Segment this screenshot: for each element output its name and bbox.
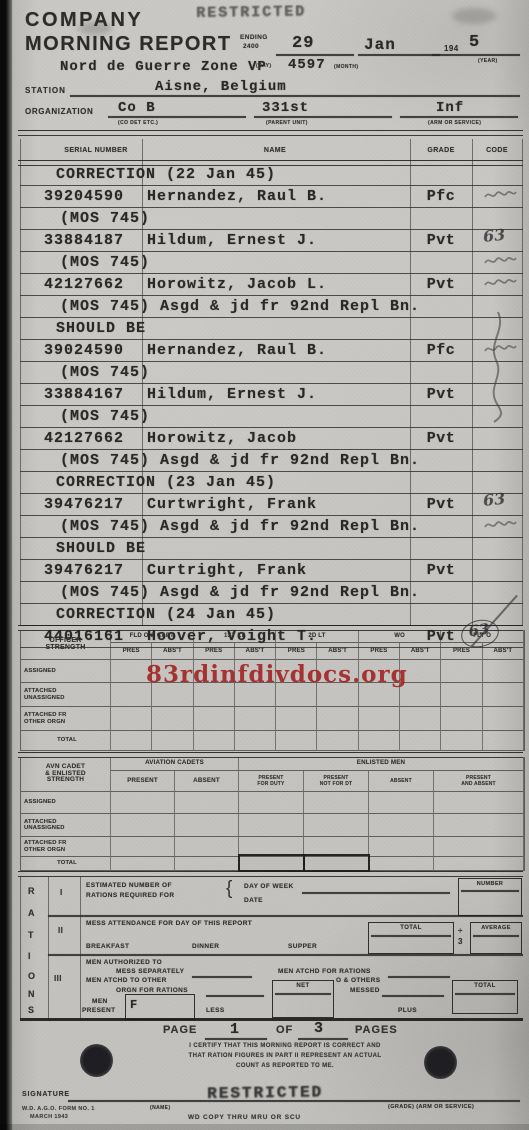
- roster-line-text: (MOS 745) Asgd & jd fr 92nd Repl Bn.: [60, 452, 420, 469]
- officer-data-cell: [317, 731, 358, 751]
- day-of-week-label: DAY OF WEEK: [244, 883, 294, 890]
- roster-row: CORRECTION (22 Jan 45): [20, 164, 523, 186]
- rations-vertical-letter: S: [28, 1005, 34, 1015]
- officer-data-cell: [441, 660, 482, 683]
- roster-name: Horowitz, Jacob: [147, 430, 297, 447]
- men-label: MEN: [92, 998, 108, 1005]
- roster-name: Curtwright, Frank: [147, 496, 317, 513]
- officer-data-cell: [359, 731, 400, 751]
- handwritten-scribble: [483, 188, 517, 202]
- page-number: 1: [230, 1021, 240, 1038]
- roster-row: CORRECTION (24 Jan 45): [20, 604, 523, 626]
- station-line: [70, 95, 520, 97]
- officer-subcol-header: ABS'T: [317, 643, 358, 660]
- roster-row: 33884167Hildum, Ernest J.Pvt: [20, 384, 523, 406]
- rations-divider-2: [48, 954, 523, 956]
- rations-bottom-rule: [20, 1018, 523, 1021]
- rations-vertical-letter: A: [28, 908, 35, 918]
- messed-line: [382, 995, 444, 997]
- roster-row: CORRECTION (23 Jan 45): [20, 472, 523, 494]
- org-parent-sublabel: (PARENT UNIT): [266, 120, 308, 126]
- officer-data-cell: [111, 707, 152, 731]
- roster-row: 39204590Hernandez, Raul B.Pfc: [20, 186, 523, 208]
- officer-group-header: WO: [359, 630, 442, 643]
- handwritten-scribble: [483, 518, 517, 532]
- officer-subcol-header: PRES: [111, 643, 152, 660]
- roster-line-text: CORRECTION (24 Jan 45): [56, 606, 276, 623]
- enlisted-data-cell: [111, 857, 175, 871]
- station-label: STATION: [25, 86, 66, 95]
- officer-subcol-header: PRES: [359, 643, 400, 660]
- enlisted-subcol-header: PRESENT FOR DUTY: [239, 771, 304, 792]
- corner-smudge: [452, 8, 496, 24]
- mess-attendance-label: MESS ATTENDANCE FOR DAY OF THIS REPORT: [86, 920, 252, 927]
- map-coords-number: 4597: [288, 57, 326, 73]
- o-and-others-label: O & OTHERS: [336, 977, 380, 984]
- enlisted-data-cell: [239, 814, 304, 837]
- less-label: LESS: [206, 1007, 225, 1014]
- officer-row-label: TOTAL: [21, 731, 111, 751]
- roster-grade: Pfc: [410, 342, 472, 359]
- of-label: OF: [276, 1024, 293, 1036]
- officer-data-cell: [483, 707, 524, 731]
- ending-2400-label: 2400: [243, 43, 259, 50]
- part-three-numeral: III: [54, 974, 62, 983]
- mess-total-box: TOTAL: [368, 922, 454, 954]
- aviation-subcol-header: PRESENT: [111, 771, 175, 792]
- roster-line-text: (MOS 745): [60, 408, 150, 425]
- restricted-stamp-top: RESTRICTED: [196, 3, 306, 22]
- officer-subcol-header: PRES: [276, 643, 317, 660]
- ending-label: ENDING: [240, 34, 268, 41]
- men-present-value: F: [130, 998, 138, 1012]
- officer-group-header: 1ST LT: [194, 630, 277, 643]
- year-sublabel: (YEAR): [478, 58, 498, 64]
- officer-data-cell: [317, 707, 358, 731]
- roster-line-text: (MOS 745): [60, 254, 150, 271]
- roster-row: (MOS 745): [20, 208, 523, 230]
- officer-data-cell: [483, 683, 524, 707]
- page-label: PAGE: [163, 1024, 197, 1036]
- officer-subcol-header: PRES: [194, 643, 235, 660]
- year-preprint: 194: [444, 44, 459, 53]
- punch-hole-right: [424, 1046, 457, 1079]
- enlisted-row-label: ATTACHED FR OTHER ORGN: [21, 837, 111, 857]
- roster-name: Hildum, Ernest J.: [147, 386, 317, 403]
- breakfast-label: BREAKFAST: [86, 943, 129, 950]
- officer-data-cell: [152, 731, 193, 751]
- roster-name: Curtright, Frank: [147, 562, 307, 579]
- date-month-value: Jan: [364, 36, 396, 54]
- handwritten-code-63: 63: [482, 489, 506, 510]
- roster-serial-number: 42127662: [44, 276, 124, 293]
- org-parent-line: [254, 116, 392, 118]
- mess-separately-label: MESS SEPARATELY: [116, 968, 184, 975]
- enlisted-data-cell: [238, 854, 305, 872]
- number-box: NUMBER: [458, 878, 522, 916]
- enlisted-data-cell: [369, 814, 434, 837]
- rations-section: RATIONS I II III ESTIMATED NUMBER OF RAT…: [20, 876, 523, 1021]
- officer-data-cell: [235, 731, 276, 751]
- enlisted-subcol-header: ABSENT: [369, 771, 434, 792]
- roster-serial-number: 33884167: [44, 386, 124, 403]
- form-date: MARCH 1943: [30, 1114, 68, 1120]
- year-blank-line: [432, 54, 520, 56]
- enlisted-data-cell: [175, 837, 239, 857]
- aviation-cadets-header: AVIATION CADETS: [111, 757, 239, 771]
- part-one-numeral: I: [60, 888, 63, 897]
- mess-separately-line: [192, 976, 252, 978]
- roster-row: SHOULD BE: [20, 318, 523, 340]
- atchd-other-line: [206, 995, 264, 997]
- roster-serial-number: 42127662: [44, 430, 124, 447]
- roster-line-text: CORRECTION (22 Jan 45): [56, 166, 276, 183]
- officer-data-cell: [441, 683, 482, 707]
- rations-total-label: TOTAL: [453, 983, 517, 989]
- brace-glyph: {: [226, 878, 232, 900]
- officer-data-cell: [441, 731, 482, 751]
- day-of-week-line: [302, 892, 450, 894]
- enlisted-data-cell: [111, 837, 175, 857]
- messed-label: MESSED: [350, 987, 380, 994]
- scanned-morning-report-page: RESTRICTED COMPANY MORNING REPORT ENDING…: [0, 0, 529, 1130]
- page-line-1: [205, 1038, 267, 1040]
- officer-data-cell: [152, 707, 193, 731]
- roster-serial-number: 39476217: [44, 562, 124, 579]
- roster-grade: Pvt: [410, 232, 472, 249]
- grade-arm-sublabel: (GRADE) (ARM OR SERVICE): [388, 1104, 474, 1110]
- roster-serial-number: 33884187: [44, 232, 124, 249]
- rations-estimated-line1: ESTIMATED NUMBER OF: [86, 882, 172, 889]
- roster-row: (MOS 745) Asgd & jd fr 92nd Repl Bn.: [20, 450, 523, 472]
- roster-row: (MOS 745) Asgd & jd fr 92nd Repl Bn.: [20, 582, 523, 604]
- officer-group-header: FLT O: [441, 630, 524, 643]
- site-watermark: 83rdinfdivdocs.org: [146, 661, 408, 688]
- divide-three: 3: [458, 937, 463, 946]
- roster-grade: Pvt: [410, 430, 472, 447]
- officer-data-cell: [276, 731, 317, 751]
- average-label: AVERAGE: [471, 925, 521, 931]
- rations-estimated-line2: RATIONS REQUIRED FOR: [86, 892, 174, 899]
- organization-company: Co B: [118, 100, 156, 116]
- enlisted-row-label: ATTACHED UNASSIGNED: [21, 814, 111, 837]
- rations-vertical-letter: O: [28, 971, 35, 981]
- officer-subcol-header: PRES: [441, 643, 482, 660]
- enlisted-data-cell: [434, 837, 524, 857]
- org-arm-sublabel: (ARM OR SERVICE): [428, 120, 481, 126]
- enlisted-data-cell: [434, 814, 524, 837]
- mess-total-label: TOTAL: [369, 925, 453, 931]
- officer-data-cell: [194, 707, 235, 731]
- officer-data-cell: [359, 707, 400, 731]
- net-box: NET: [272, 980, 334, 1018]
- part-two-numeral: II: [58, 926, 63, 935]
- handwritten-code-63: 63: [482, 225, 506, 246]
- roster-name: Horowitz, Jacob L.: [147, 276, 327, 293]
- enlisted-data-cell: [175, 857, 239, 871]
- roster-line-text: CORRECTION (23 Jan 45): [56, 474, 276, 491]
- date-year-value: 5: [469, 33, 480, 52]
- plus-label: PLUS: [398, 1007, 417, 1014]
- roster-grade: Pvt: [410, 496, 472, 513]
- rations-vertical-letter: R: [28, 886, 35, 896]
- map-coords-text: Nord de Guerre Zone VP: [60, 59, 267, 75]
- average-box: AVERAGE: [470, 922, 522, 954]
- roster-serial-number: 39476217: [44, 496, 124, 513]
- roster-table: SERIAL NUMBER NAME GRADE CODE CORRECTION…: [20, 139, 523, 626]
- dinner-label: DINNER: [192, 943, 219, 950]
- form-title-line1: COMPANY: [25, 9, 143, 32]
- enlisted-strength-table: AVN CADET & ENLISTED STRENGTHAVIATION CA…: [20, 757, 525, 871]
- enlisted-data-cell: [434, 792, 524, 814]
- aviation-subcol-header: ABSENT: [175, 771, 239, 792]
- copy-routing-note: WD COPY THRU MRU OR SCU: [188, 1114, 301, 1121]
- roster-row: 42127662Horowitz, Jacob L.Pvt: [20, 274, 523, 296]
- handwritten-scribble: [483, 254, 517, 268]
- enlisted-data-cell: [239, 792, 304, 814]
- enlisted-data-cell: [175, 792, 239, 814]
- officer-data-cell: [400, 731, 441, 751]
- form-number: W.D. A.G.O. FORM NO. 1: [22, 1106, 95, 1112]
- officer-subcol-header: ABS'T: [483, 643, 524, 660]
- roster-line-text: SHOULD BE: [56, 540, 146, 557]
- roster-row: 39024590Hernandez, Raul B.Pfc: [20, 340, 523, 362]
- name-sublabel: (NAME): [150, 1105, 170, 1111]
- officer-row-label: ATTACHED FR OTHER ORGN: [21, 707, 111, 731]
- officer-data-cell: [483, 660, 524, 683]
- enlisted-data-cell: [111, 814, 175, 837]
- date-label: DATE: [244, 897, 263, 904]
- officer-subcol-header: ABS'T: [235, 643, 276, 660]
- film-edge: [0, 0, 13, 1130]
- bottom-scan-shadow: [0, 1124, 529, 1130]
- roster-header-row: SERIAL NUMBER NAME GRADE CODE: [20, 139, 523, 164]
- officer-subcol-header: ABS'T: [400, 643, 441, 660]
- roster-grade: Pvt: [410, 562, 472, 579]
- serial-number-header: SERIAL NUMBER: [50, 147, 142, 154]
- date-day-value: 29: [292, 34, 314, 53]
- roster-row: (MOS 745): [20, 362, 523, 384]
- rations-divider-1: [48, 915, 523, 917]
- enlisted-data-cell: [111, 792, 175, 814]
- day-sublabel: (DAY): [256, 63, 271, 69]
- atchd-other-line2: ORGN FOR RATIONS: [116, 987, 188, 994]
- roster-grade: Pfc: [410, 188, 472, 205]
- station-value: Aisne, Belgium: [155, 79, 287, 95]
- officer-row-label: ASSIGNED: [21, 660, 111, 683]
- atchd-other-line1: MEN ATCHD TO OTHER: [86, 977, 167, 984]
- men-authorized-label: MEN AUTHORIZED TO: [86, 959, 162, 966]
- handwritten-margin-curl: [484, 310, 508, 425]
- enlisted-men-header: ENLISTED MEN: [239, 757, 524, 771]
- org-arm-line: [400, 116, 518, 118]
- pages-total: 3: [314, 1020, 324, 1037]
- roster-line-text: (MOS 745): [60, 210, 150, 227]
- officer-strength-table: OFFICER STRENGTHFLD O & CAPT1ST LT2D LTW…: [20, 630, 525, 751]
- roster-grade: Pvt: [410, 386, 472, 403]
- punch-hole-left: [80, 1044, 113, 1077]
- roster-row: 42127662Horowitz, JacobPvt: [20, 428, 523, 450]
- enlisted-row-label: TOTAL: [21, 857, 111, 871]
- org-co-sublabel: (CO DET ETC.): [118, 120, 158, 126]
- code-header: CODE: [474, 147, 520, 154]
- enlisted-data-cell: [304, 814, 369, 837]
- enlisted-row-label: ASSIGNED: [21, 792, 111, 814]
- page-line-2: [298, 1038, 348, 1040]
- roster-serial-number: 39024590: [44, 342, 124, 359]
- org-co-line: [108, 116, 246, 118]
- roster-row: 33884187Hildum, Ernest J.Pvt63: [20, 230, 523, 252]
- enlisted-data-cell: [304, 792, 369, 814]
- roster-row: (MOS 745) Asgd & jd fr 92nd Repl Bn.: [20, 296, 523, 318]
- roster-line-text: (MOS 745): [60, 364, 150, 381]
- organization-label: ORGANIZATION: [25, 107, 93, 116]
- officer-group-header: FLD O & CAPT: [111, 630, 194, 643]
- section-divider: [18, 130, 523, 136]
- handwritten-scribble-wrap: [483, 276, 517, 295]
- enlisted-strength-label: AVN CADET & ENLISTED STRENGTH: [21, 757, 111, 792]
- roster-row: (MOS 745) Asgd & jd fr 92nd Repl Bn.: [20, 516, 523, 538]
- supper-label: SUPPER: [288, 943, 317, 950]
- roster-rows: CORRECTION (22 Jan 45)39204590Hernandez,…: [20, 164, 523, 626]
- net-label: NET: [273, 983, 333, 989]
- roster-serial-number: 39204590: [44, 188, 124, 205]
- divide-glyph: ÷: [458, 926, 463, 935]
- handwritten-scribble-wrap: [483, 518, 517, 537]
- men-present-box: F: [125, 994, 195, 1020]
- handwritten-scribble-wrap: [483, 254, 517, 273]
- handwritten-scribble-wrap: [483, 188, 517, 207]
- roster-row: SHOULD BE: [20, 538, 523, 560]
- officer-data-cell: [194, 731, 235, 751]
- officer-row-label: ATTACHED UNASSIGNED: [21, 683, 111, 707]
- officer-data-cell: [483, 731, 524, 751]
- restricted-stamp-bottom: RESTRICTED: [207, 1083, 323, 1103]
- enlisted-data-cell: [175, 814, 239, 837]
- enlisted-data-cell: [369, 792, 434, 814]
- officer-strength-label: OFFICER STRENGTH: [21, 630, 111, 660]
- present-label: PRESENT: [82, 1007, 116, 1014]
- name-header: NAME: [220, 147, 330, 154]
- roster-row: 39476217Curtwright, FrankPvt63: [20, 494, 523, 516]
- men-atchd-rations-label: MEN ATCHD FOR RATIONS: [278, 968, 371, 975]
- roster-name: Hildum, Ernest J.: [147, 232, 317, 249]
- enlisted-data-cell: [369, 837, 434, 857]
- grade-header: GRADE: [412, 147, 470, 154]
- handwritten-scribble: [483, 276, 517, 290]
- roster-line-text: (MOS 745) Asgd & jd fr 92nd Repl Bn.: [60, 518, 420, 535]
- men-atchd-rations-line: [388, 976, 450, 978]
- officer-data-cell: [276, 707, 317, 731]
- month-blank-line: [358, 54, 440, 56]
- officer-group-header: 2D LT: [276, 630, 359, 643]
- enlisted-data-cell: [369, 857, 434, 871]
- roster-row: (MOS 745): [20, 406, 523, 428]
- officer-data-cell: [235, 707, 276, 731]
- roster-row: 39476217Curtright, FrankPvt: [20, 560, 523, 582]
- form-title-line2: MORNING REPORT: [25, 33, 232, 56]
- roster-name: Hernandez, Raul B.: [147, 188, 327, 205]
- roster-line-text: (MOS 745) Asgd & jd fr 92nd Repl Bn.: [60, 298, 420, 315]
- signature-label: SIGNATURE: [22, 1091, 70, 1098]
- number-box-label: NUMBER: [459, 881, 521, 887]
- rations-vertical-letter: T: [28, 930, 34, 940]
- enlisted-subcol-header: PRESENT AND ABSENT: [434, 771, 524, 792]
- roster-name: Hernandez, Raul B.: [147, 342, 327, 359]
- enlisted-data-cell: [434, 857, 524, 871]
- rations-vertical-letter: N: [28, 989, 35, 999]
- enlisted-data-cell: [303, 854, 370, 872]
- officer-subcol-header: ABS'T: [152, 643, 193, 660]
- roster-line-text: SHOULD BE: [56, 320, 146, 337]
- enlisted-subcol-header: PRESENT NOT FOR DT: [304, 771, 369, 792]
- officer-data-cell: [441, 707, 482, 731]
- organization-parent-unit: 331st: [262, 100, 309, 116]
- roster-line-text: (MOS 745) Asgd & jd fr 92nd Repl Bn.: [60, 584, 420, 601]
- organization-arm: Inf: [436, 100, 464, 116]
- month-sublabel: (MONTH): [334, 64, 358, 70]
- rations-total-box: TOTAL: [452, 980, 518, 1014]
- roster-row: (MOS 745): [20, 252, 523, 274]
- day-blank-line: [276, 54, 354, 56]
- roster-grade: Pvt: [410, 276, 472, 293]
- pages-label: PAGES: [355, 1024, 398, 1036]
- officer-data-cell: [111, 731, 152, 751]
- officer-data-cell: [400, 707, 441, 731]
- rations-vertical-letter: I: [28, 951, 31, 961]
